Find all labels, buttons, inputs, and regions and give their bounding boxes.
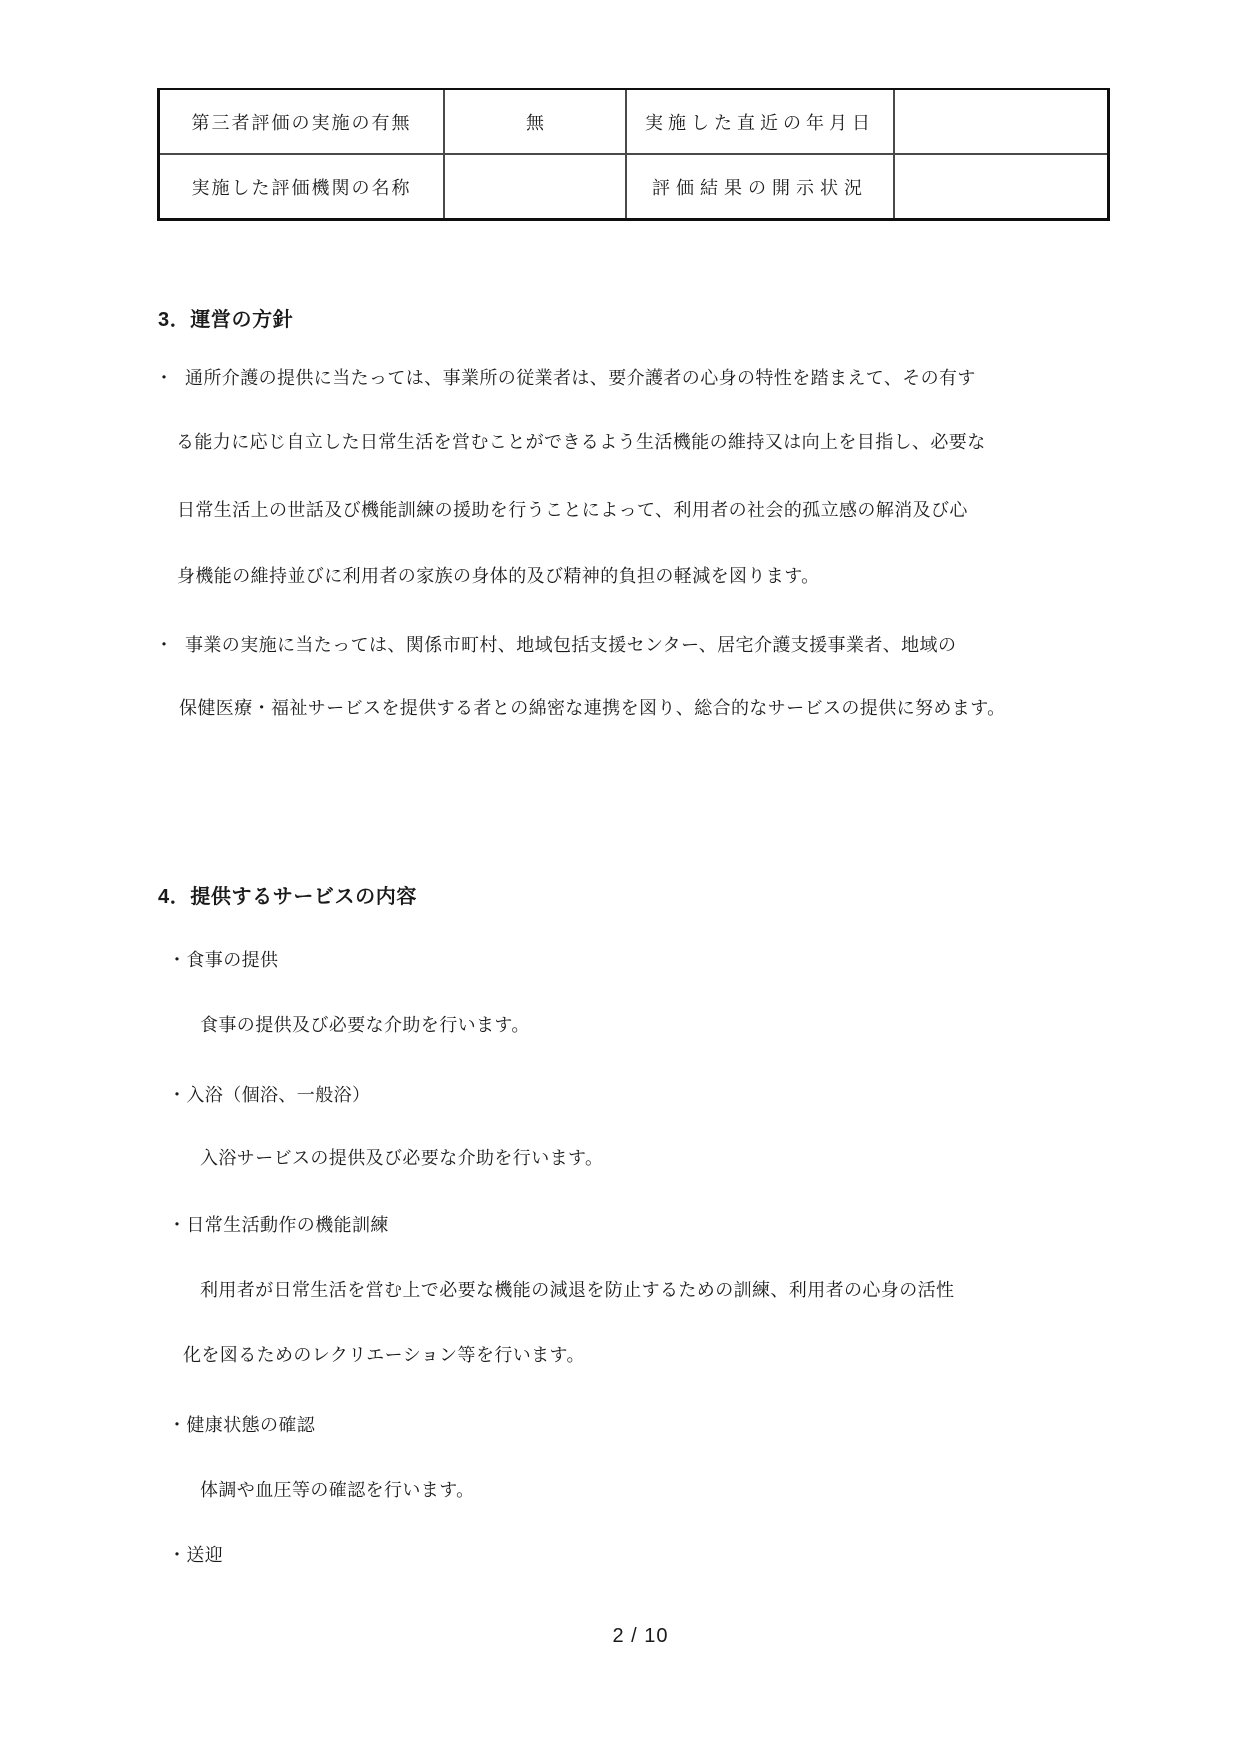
- policy-bullet-1-line-3: 日常生活上の世話及び機能訓練の援助を行うことによって、利用者の社会的孤立感の解消…: [177, 496, 968, 524]
- service-item-meal-title: ・食事の提供: [168, 946, 278, 974]
- bullet-icon: ・: [155, 631, 185, 659]
- policy-bullet-1-line-4: 身機能の維持並びに利用者の家族の身体的及び精神的負担の軽減を図ります。: [177, 562, 820, 590]
- table-cell-text: 無: [526, 109, 544, 135]
- section4-heading: 4．提供するサービスの内容: [158, 882, 417, 912]
- service-item-training-title: ・日常生活動作の機能訓練: [168, 1211, 389, 1239]
- cell-disclosure-label: 評価結果の開示状況: [627, 155, 893, 218]
- policy-text: 事業の実施に当たっては、関係市町村、地域包括支援センター、居宅介護支援事業者、地…: [185, 631, 956, 659]
- table-cell-text: 実施した評価機関の名称: [192, 174, 412, 200]
- cell-disclosure-value: [895, 155, 1107, 218]
- page-number: 2 / 10: [0, 1622, 1241, 1650]
- service-item-health-desc: 体調や血圧等の確認を行います。: [200, 1476, 475, 1504]
- policy-bullet-1-line-2: る能力に応じ自立した日常生活を営むことができるよう生活機能の維持又は向上を目指し…: [176, 428, 986, 456]
- cell-recent-date-value: [895, 90, 1107, 153]
- section3-heading: 3．運営の方針: [158, 305, 293, 335]
- service-item-training-desc-line-2: 化を図るためのレクリエーション等を行います。: [183, 1341, 585, 1369]
- service-item-health-title: ・健康状態の確認: [168, 1411, 315, 1439]
- document-page: 第三者評価の実施の有無 無 実施した直近の年月日 実施した評価機関の名称 評価結…: [0, 0, 1241, 1755]
- policy-bullet-2-line-1: ・ 事業の実施に当たっては、関係市町村、地域包括支援センター、居宅介護支援事業者…: [155, 631, 956, 659]
- cell-recent-date-label: 実施した直近の年月日: [627, 90, 893, 153]
- service-item-training-desc-line-1: 利用者が日常生活を営む上で必要な機能の減退を防止するための訓練、利用者の心身の活…: [200, 1276, 954, 1304]
- third-party-evaluation-table: 第三者評価の実施の有無 無 実施した直近の年月日 実施した評価機関の名称 評価結…: [157, 88, 1110, 221]
- cell-eval-org-value: [445, 155, 625, 218]
- bullet-icon: ・: [155, 364, 185, 392]
- policy-bullet-2-line-2: 保健医療・福祉サービスを提供する者との綿密な連携を図り、総合的なサービスの提供に…: [179, 694, 1006, 722]
- cell-eval-org-label: 実施した評価機関の名称: [160, 155, 443, 218]
- policy-text: 通所介護の提供に当たっては、事業所の従業者は、要介護者の心身の特性を踏まえて、そ…: [185, 364, 976, 392]
- table-cell-text: 第三者評価の実施の有無: [192, 109, 412, 135]
- cell-third-party-eval-value: 無: [445, 90, 625, 153]
- service-item-bath-desc: 入浴サービスの提供及び必要な介助を行います。: [200, 1144, 603, 1172]
- table-cell-text: 実施した直近の年月日: [645, 109, 875, 135]
- service-item-meal-desc: 食事の提供及び必要な介助を行います。: [200, 1011, 530, 1039]
- table-cell-text: 評価結果の開示状況: [652, 174, 868, 200]
- service-item-bath-title: ・入浴（個浴、一般浴）: [168, 1081, 370, 1109]
- cell-third-party-eval-label: 第三者評価の実施の有無: [160, 90, 443, 153]
- service-item-transport-title: ・送迎: [168, 1541, 223, 1569]
- policy-bullet-1-line-1: ・ 通所介護の提供に当たっては、事業所の従業者は、要介護者の心身の特性を踏まえて…: [155, 364, 976, 392]
